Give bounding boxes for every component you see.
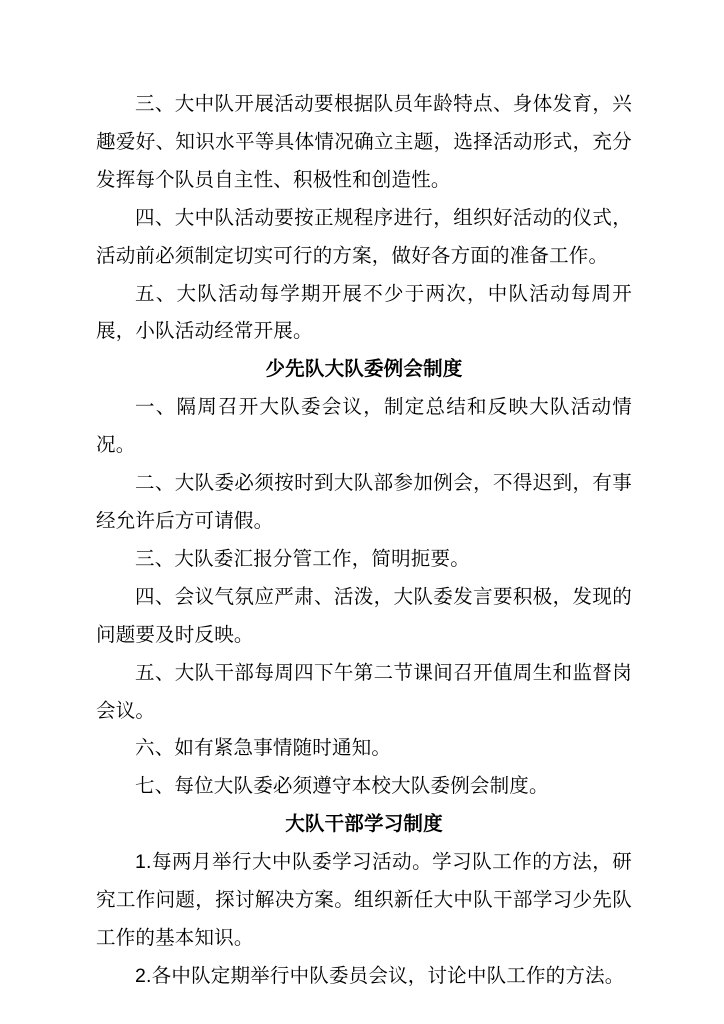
- paragraph: 五、大队活动每学期开展不少于两次，中队活动每周开展，小队活动经常开展。: [96, 276, 632, 352]
- section-heading-study-system: 大队干部学习制度: [96, 806, 632, 844]
- paragraph: 三、大中队开展活动要根据队员年龄特点、身体发育，兴趣爱好、知识水平等具体情况确立…: [96, 86, 632, 200]
- paragraph: 七、每位大队委必须遵守本校大队委例会制度。: [96, 768, 632, 806]
- paragraph: 四、大中队活动要按正规程序进行，组织好活动的仪式，活动前必须制定切实可行的方案，…: [96, 200, 632, 276]
- paragraph: 二、大队委必须按时到大队部参加例会，不得迟到，有事经允许后方可请假。: [96, 465, 632, 541]
- document-page: 三、大中队开展活动要根据队员年龄特点、身体发育，兴趣爱好、知识水平等具体情况确立…: [0, 0, 724, 1024]
- document-body: 三、大中队开展活动要根据队员年龄特点、身体发育，兴趣爱好、知识水平等具体情况确立…: [96, 86, 632, 996]
- paragraph: 四、会议气氛应严肃、活泼，大队委发言要积极，发现的问题要及时反映。: [96, 579, 632, 655]
- paragraph: 六、如有紧急事情随时通知。: [96, 730, 632, 768]
- paragraph: 1.每两月举行大中队委学习活动。学习队工作的方法，研究工作问题，探讨解决方案。组…: [96, 844, 632, 958]
- paragraph: 三、大队委汇报分管工作，简明扼要。: [96, 541, 632, 579]
- paragraph: 五、大队干部每周四下午第二节课间召开值周生和监督岗会议。: [96, 655, 632, 731]
- paragraph: 2.各中队定期举行中队委员会议，讨论中队工作的方法。: [96, 958, 632, 996]
- paragraph: 一、隔周召开大队委会议，制定总结和反映大队活动情况。: [96, 389, 632, 465]
- section-heading-meeting-system: 少先队大队委例会制度: [96, 351, 632, 389]
